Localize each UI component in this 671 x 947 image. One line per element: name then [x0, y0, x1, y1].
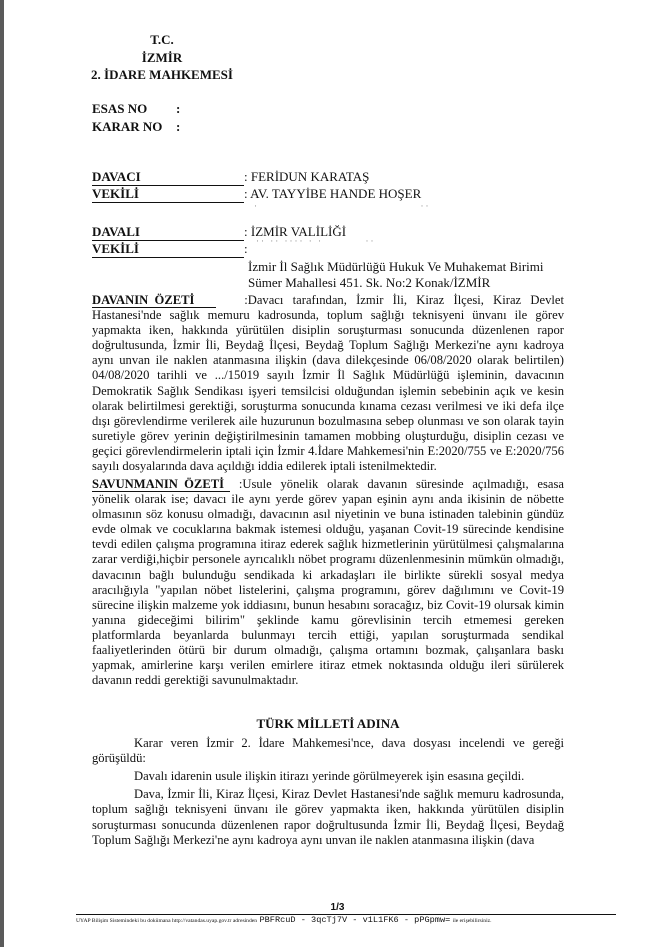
esas-no-label: ESAS NO [92, 101, 176, 117]
decision-title: TÜRK MİLLETİ ADINA [92, 716, 564, 732]
davali-vekili-value: : [244, 241, 248, 256]
esas-no-separator: : [176, 101, 180, 116]
karar-no-label: KARAR NO [92, 119, 176, 135]
decision-paragraph-2: Davalı idarenin usule ilişkin itirazı ye… [92, 769, 564, 784]
davali-vekili-label: VEKİLİ [92, 241, 244, 258]
redacted-address-remnant: · ·· [254, 201, 431, 211]
footer-verification: UYAP Bilişim Sistemindeki bu dokümana ht… [76, 915, 636, 926]
savunmanin-ozeti-section: SAVUNMANIN ÖZETİ :Usule yönelik olarak d… [92, 477, 564, 688]
page-number: 1/3 [4, 902, 671, 913]
document-page: T.C. İZMİR 2. İDARE MAHKEMESİ ESAS NO: K… [4, 0, 671, 947]
davanin-ozeti-text: :Davacı tarafından, İzmir İli, Kiraz İlç… [92, 293, 564, 473]
davali-vekili-row: VEKİLİ: [92, 241, 248, 258]
savunmanin-heading-word2: ÖZETİ [184, 477, 224, 491]
header-city: İZMİR [12, 49, 312, 67]
decision-paragraph-1: Karar veren İzmir 2. İdare Mahkemesi'nce… [92, 736, 564, 767]
davanin-heading-word1: DAVANIN [92, 293, 148, 307]
footer-verification-code[interactable]: PBFRcuD - 3qcTj7V - v1L1FK6 - pPGpmw= [259, 915, 450, 925]
davali-label: DAVALI [92, 224, 244, 241]
esas-no-row: ESAS NO: [92, 101, 180, 117]
davaci-label: DAVACI [92, 169, 244, 186]
davanin-heading-word2: ÖZETİ [155, 293, 195, 307]
davaci-vekili-value: : AV. TAYYİBE HANDE HOŞER [244, 186, 421, 201]
footer-suffix: ile erişebilirsiniz. [453, 918, 492, 924]
karar-no-separator: : [176, 119, 180, 134]
footer-prefix: UYAP Bilişim Sistemindeki bu dokümana ht… [76, 918, 257, 924]
davaci-value: : FERİDUN KARATAŞ [244, 169, 369, 184]
redacted-name-remnant: ·· ·· ···· · · ·· [256, 236, 375, 246]
karar-no-row: KARAR NO: [92, 119, 180, 135]
savunmanin-heading-word1: SAVUNMANIN [92, 477, 178, 491]
decision-paragraph-3: Dava, İzmir İli, Kiraz İlçesi, Kiraz Dev… [92, 787, 564, 848]
header-tc: T.C. [12, 31, 312, 49]
savunmanin-ozeti-text: :Usule yönelik olarak davanın süresinde … [92, 477, 564, 687]
davanin-ozeti-section: DAVANIN ÖZETİ :Davacı tarafından, İzmir … [92, 293, 564, 474]
davaci-vekili-label: VEKİLİ [92, 186, 244, 203]
davali-address-line2: Sümer Mahallesi 451. Sk. No:2 Konak/İZMİ… [248, 275, 490, 291]
savunmanin-ozeti-heading: SAVUNMANIN ÖZETİ [92, 478, 230, 492]
davanin-ozeti-heading: DAVANIN ÖZETİ [92, 294, 216, 308]
header-court: 2. İDARE MAHKEMESİ [12, 66, 312, 84]
davaci-row: DAVACI: FERİDUN KARATAŞ [92, 169, 369, 186]
davali-address-line1: İzmir İl Sağlık Müdürlüğü Hukuk Ve Muhak… [248, 259, 543, 275]
